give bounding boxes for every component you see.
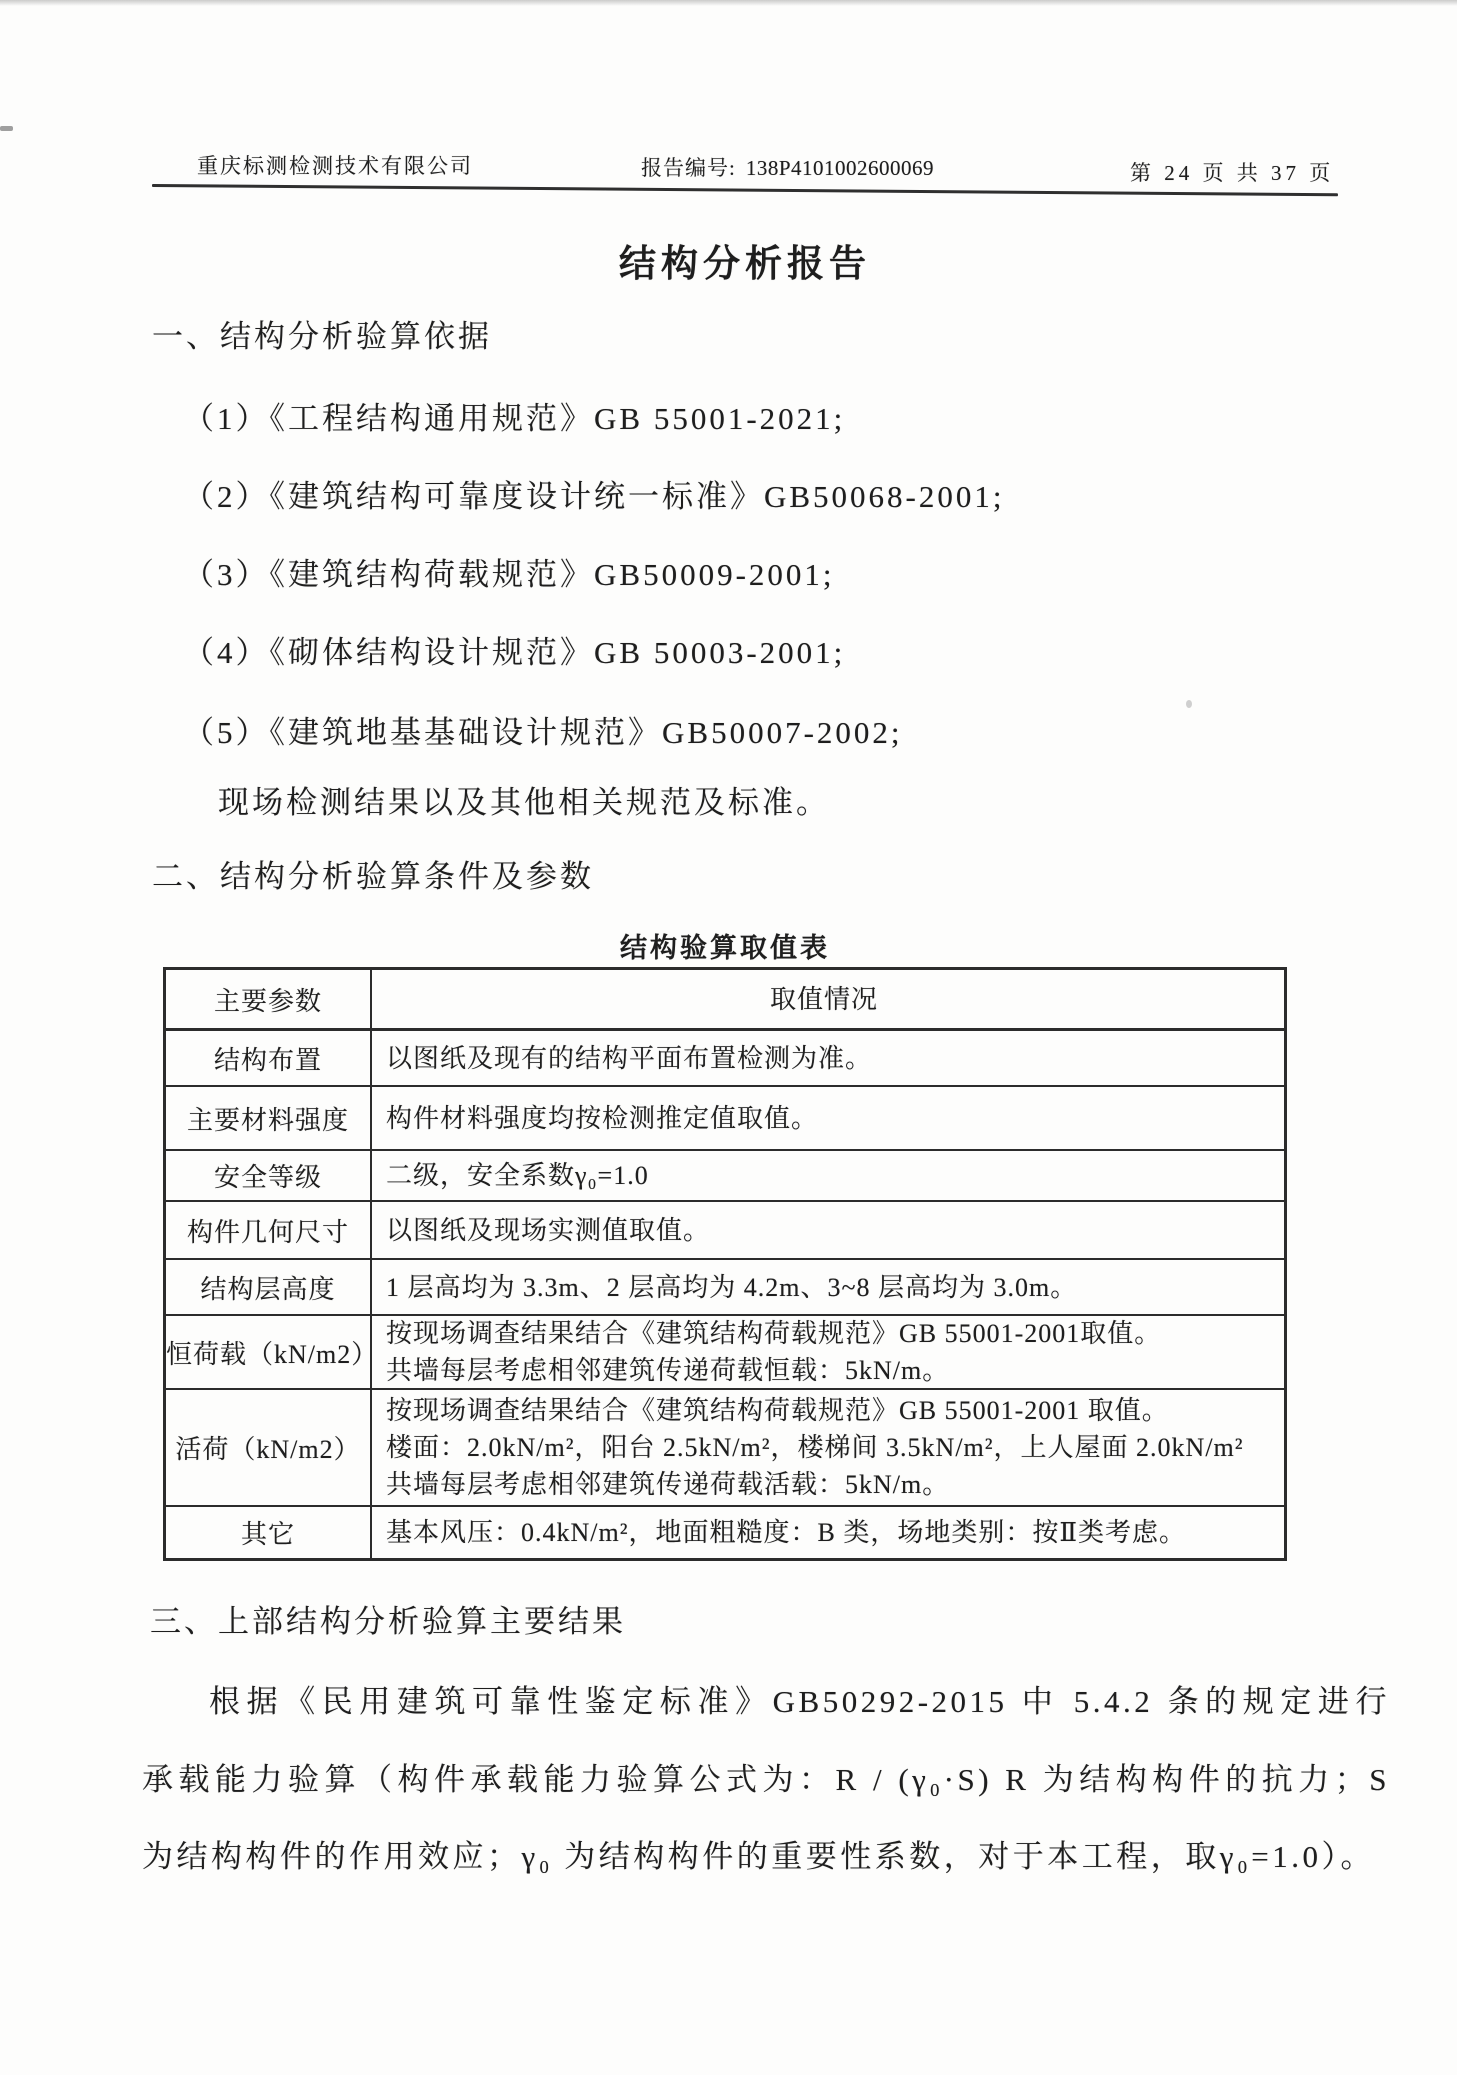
param-cell: 结构层高度 [166,1260,372,1314]
table-row: 其它 基本风压：0.4kN/m²，地面粗糙度：B 类，场地类别：按Ⅱ类考虑。 [166,1505,1284,1558]
report-number-value: 138P4101002600069 [746,156,934,180]
value-cell: 基本风压：0.4kN/m²，地面粗糙度：B 类，场地类别：按Ⅱ类考虑。 [372,1507,1284,1558]
section2-heading: 二、结构分析验算条件及参数 [152,851,594,896]
value-cell: 以图纸及现场实测值取值。 [372,1202,1284,1258]
reference-item: （5）《建筑地基基础设计规范》GB50007-2002; [183,707,903,752]
reference-item: （4）《砌体结构设计规范》GB 50003-2001; [183,627,845,672]
header-company-name: 重庆标测检测技术有限公司 [197,150,473,180]
reference-item: （3）《建筑结构荷载规范》GB50009-2001; [183,549,835,594]
param-cell: 主要材料强度 [166,1087,372,1149]
value-cell: 按现场调查结果结合《建筑结构荷载规范》GB 55001-2001 取值。 楼面：… [372,1390,1284,1505]
scan-edge-artifact [0,0,1457,6]
param-cell: 恒荷载（kN/m2） [166,1316,372,1388]
value-cell: 以图纸及现有的结构平面布置检测为准。 [372,1031,1284,1085]
table-row: 安全等级 二级，安全系数γ₀=1.0 [166,1149,1284,1200]
reference-item: （2）《建筑结构可靠度设计统一标准》GB50068-2001; [183,471,1005,516]
table-row: 构件几何尺寸 以图纸及现场实测值取值。 [166,1200,1284,1258]
paragraph-line: 根据《民用建筑可靠性鉴定标准》GB50292-2015 中 5.4.2 条的规定… [142,1683,1390,1721]
scan-speck-artifact [1186,700,1192,708]
table-row: 主要材料强度 构件材料强度均按检测推定值取值。 [166,1085,1284,1149]
value-cell: 1 层高均为 3.3m、2 层高均为 4.2m、3~8 层高均为 3.0m。 [372,1260,1284,1314]
column-header-param: 主要参数 [166,970,372,1028]
section3-heading: 三、上部结构分析验算主要结果 [150,1596,626,1641]
table-row: 结构布置 以图纸及现有的结构平面布置检测为准。 [166,1028,1284,1085]
document-title: 结构分析报告 [619,233,871,287]
table-title: 结构验算取值表 [620,926,830,965]
scan-mark-artifact [0,126,13,131]
table-header-row: 主要参数 取值情况 [166,970,1284,1028]
reference-item: （1）《工程结构通用规范》GB 55001-2021; [183,393,845,438]
paragraph-line: 承载能力验算（构件承载能力验算公式为：R / (γ₀·S) R 为结构构件的抗力… [142,1761,1390,1799]
header-page-indicator: 第 24 页 共 37 页 [1130,157,1334,187]
table-row: 恒荷载（kN/m2） 按现场调查结果结合《建筑结构荷载规范》GB 55001-2… [166,1314,1284,1388]
header-report-number: 报告编号:138P4101002600069 [641,152,934,182]
param-cell: 活荷（kN/m2） [166,1390,372,1505]
value-cell: 按现场调查结果结合《建筑结构荷载规范》GB 55001-2001取值。 共墙每层… [372,1316,1284,1388]
table-row: 活荷（kN/m2） 按现场调查结果结合《建筑结构荷载规范》GB 55001-20… [166,1388,1284,1505]
value-cell: 二级，安全系数γ₀=1.0 [372,1151,1284,1200]
parameter-table: 主要参数 取值情况 结构布置 以图纸及现有的结构平面布置检测为准。 主要材料强度… [163,967,1287,1561]
param-cell: 其它 [166,1507,372,1558]
scanned-report-page: 重庆标测检测技术有限公司 报告编号:138P4101002600069 第 24… [0,0,1457,2075]
param-cell: 结构布置 [166,1031,372,1085]
param-cell: 安全等级 [166,1151,372,1200]
section1-note: 现场检测结果以及其他相关规范及标准。 [218,777,830,822]
table-row: 结构层高度 1 层高均为 3.3m、2 层高均为 4.2m、3~8 层高均为 3… [166,1258,1284,1314]
param-cell: 构件几何尺寸 [166,1202,372,1258]
paragraph-line: 为结构构件的作用效应；γ₀ 为结构构件的重要性系数，对于本工程，取γ₀=1.0）… [142,1838,1390,1876]
column-header-value: 取值情况 [372,970,1284,1028]
value-cell: 构件材料强度均按检测推定值取值。 [372,1087,1284,1149]
report-number-label: 报告编号: [641,156,736,180]
section1-heading: 一、结构分析验算依据 [152,311,492,356]
